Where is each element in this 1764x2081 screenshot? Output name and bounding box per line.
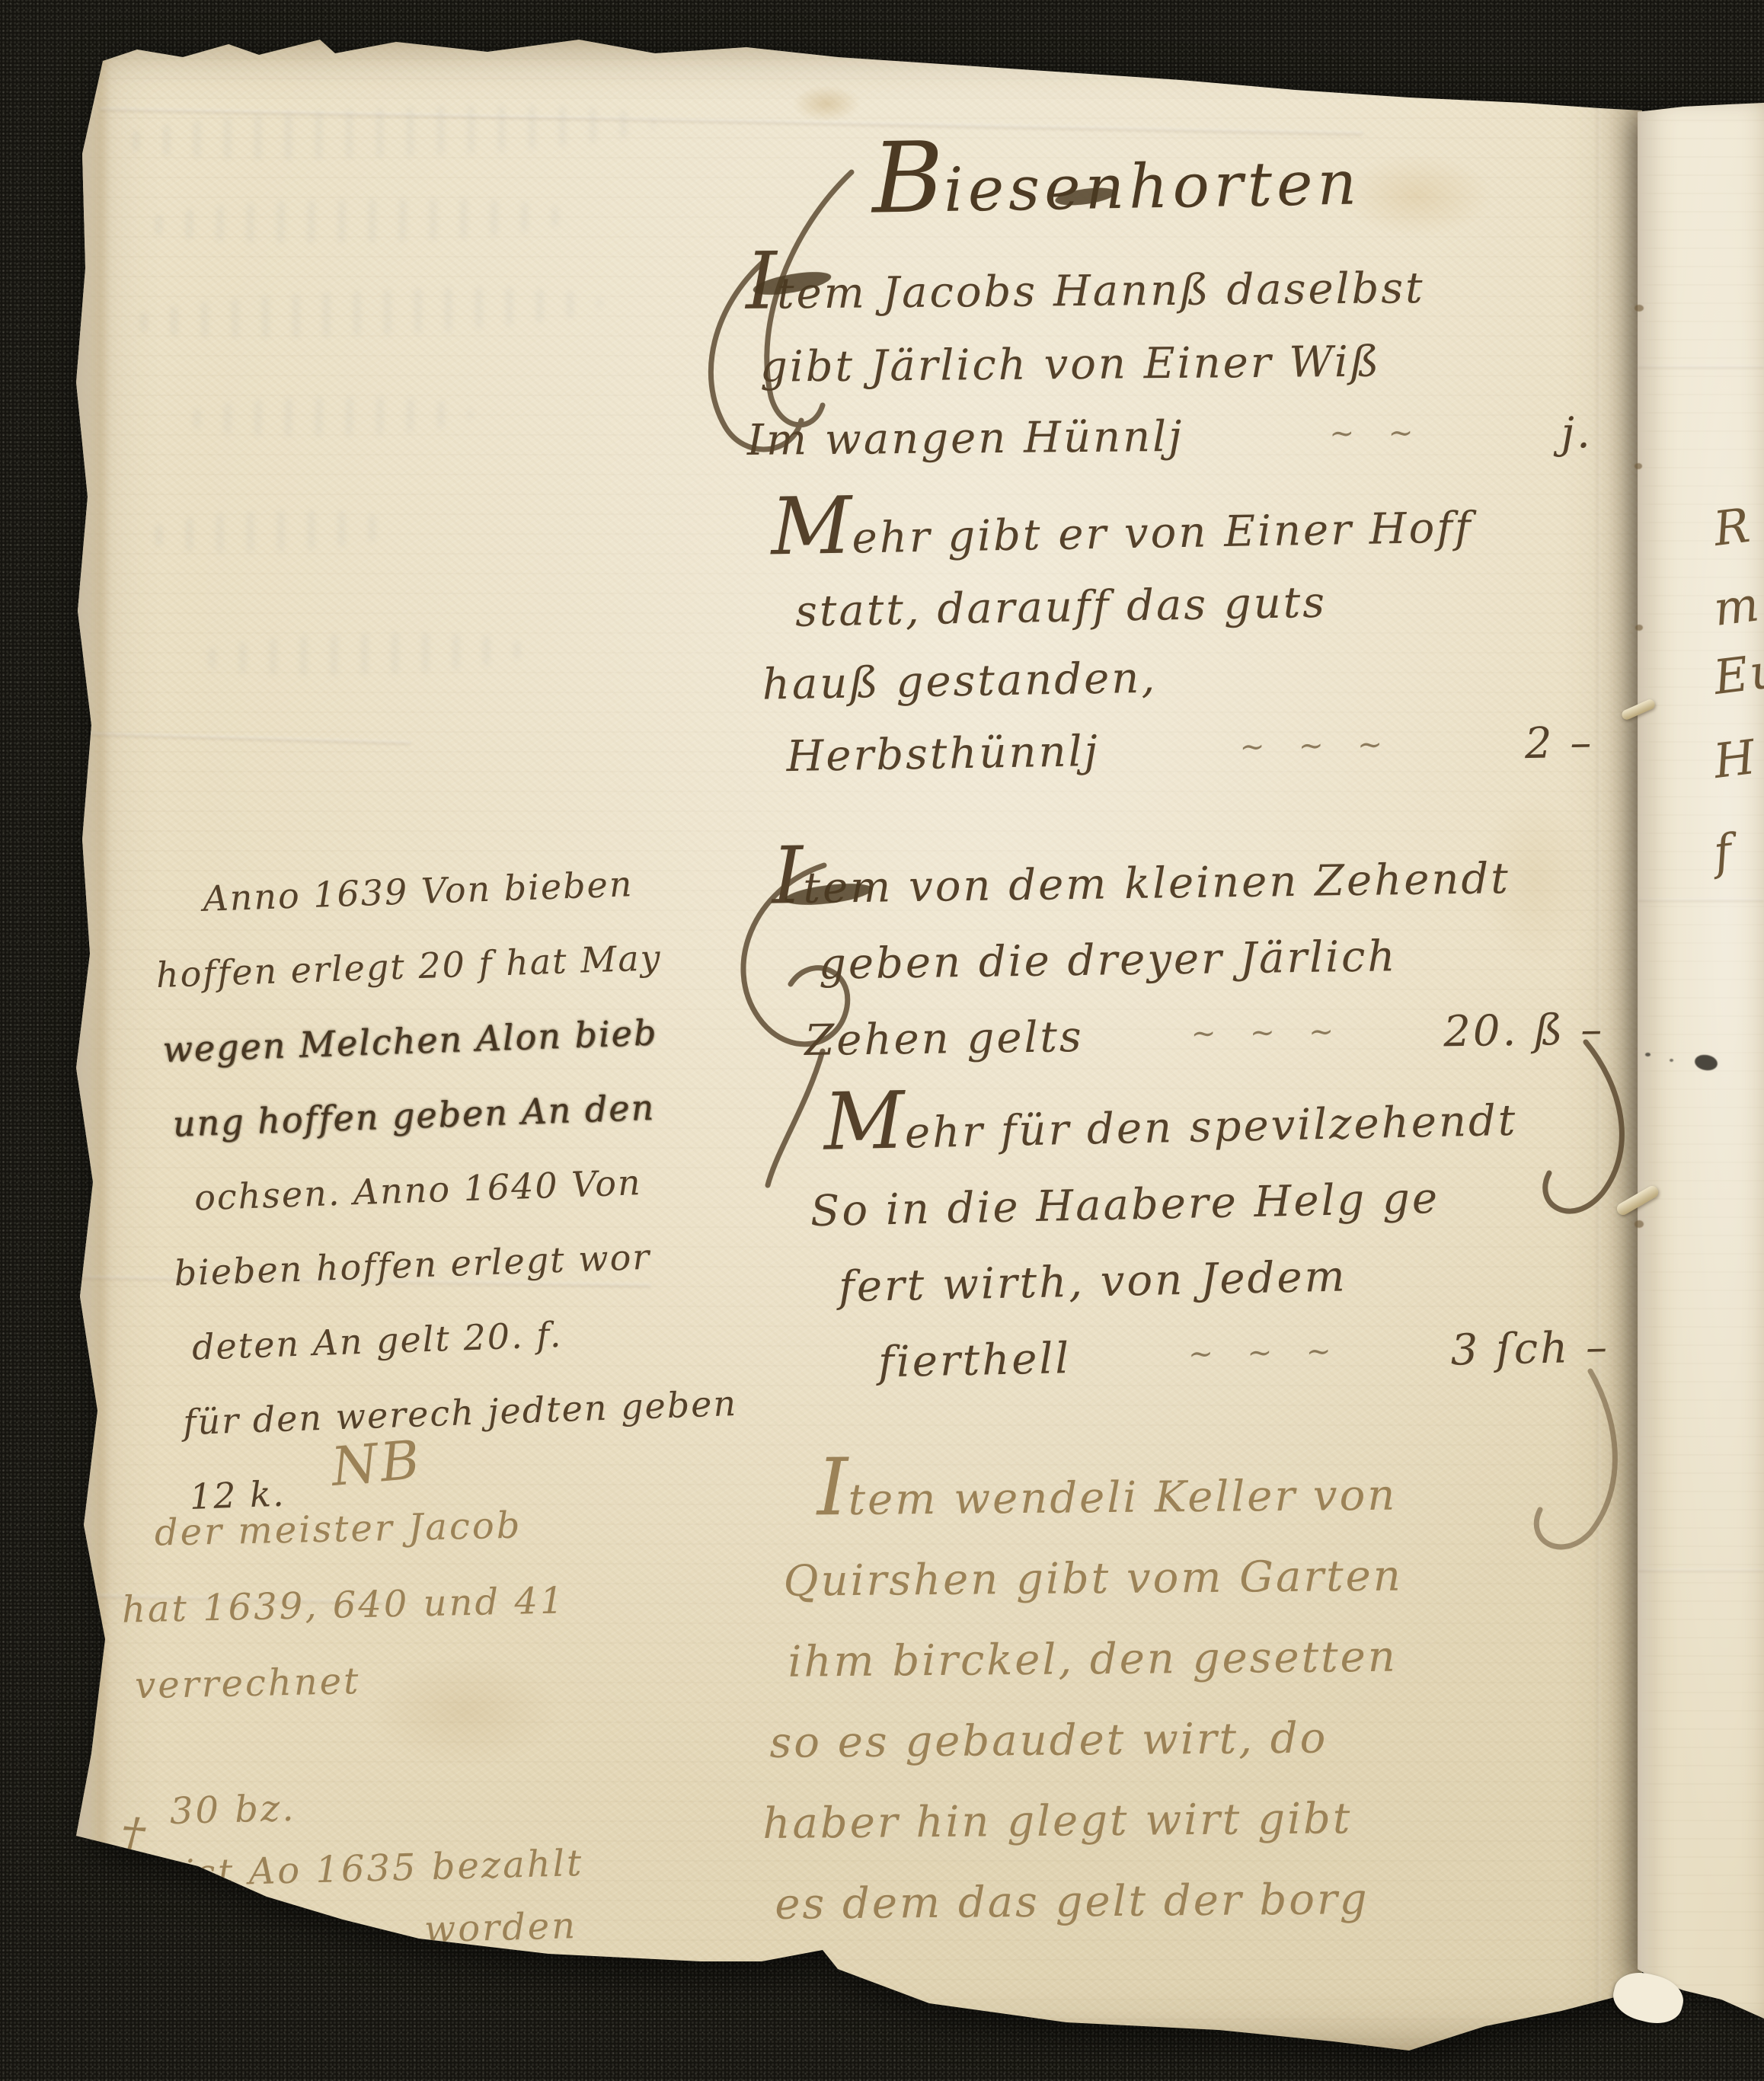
paper-crease [84, 732, 411, 745]
line-text: Herbsthünnlj [786, 715, 1101, 793]
ink-speck [1670, 1059, 1673, 1062]
line-text: Zehen gelts [804, 999, 1085, 1079]
stitch-hole [1635, 625, 1643, 631]
manuscript-line: ihm birckel, den gesetten [788, 1617, 1404, 1703]
manuscript-line: Im wangen Hünnlj ~ ~ j. [746, 397, 1593, 482]
manuscript-line: geben die dreyer Järlich [818, 916, 1603, 1002]
title-text: Biesenhorten [871, 142, 1362, 226]
margin-note-paid: 30 bz. ist Ao 1635 bezahlt worden [169, 1769, 586, 1968]
amount-value: 2 – [1524, 707, 1594, 781]
manuscript-line: Herbsthünnlj ~ ~ ~ 2 – [786, 707, 1595, 798]
parchment-leaf: Biesenhorten Item Jacobs Hannß daselbst … [76, 40, 1642, 2060]
line-text: fierthell [877, 1321, 1072, 1401]
margin-line: der meister Jacob [154, 1486, 564, 1571]
margin-line: 30 bz. [169, 1769, 583, 1843]
dot-leader: ~ ~ [1184, 396, 1561, 472]
manuscript-line: es dem das gelt der borg [775, 1859, 1406, 1945]
stain [1341, 154, 1493, 238]
scan-backdrop: Biesenhorten Item Jacobs Hannß daselbst … [0, 0, 1764, 2081]
manuscript-line: statt, darauff das guts [794, 562, 1591, 648]
dot-leader: ~ ~ ~ [1070, 1312, 1452, 1395]
ink-bleedthrough [144, 195, 571, 247]
ink-bleedthrough [144, 507, 397, 555]
manuscript-line: Mehr gibt er von Einer Hoff [771, 490, 1590, 577]
margin-note-meister: der meister Jacob hat 1639, 640 und 41 v… [154, 1486, 568, 1723]
line-text: Im wangen Hünnlj [746, 401, 1184, 478]
entry-4: Mehr für den spevilzehendt So in die Haa… [823, 1081, 1610, 1406]
stitch-hole [1635, 463, 1642, 469]
ink-bleedthrough [197, 629, 526, 679]
dot-leader: ~ ~ ~ [1099, 706, 1526, 786]
entry-3: Item von dem kleinen Zehendt geben die d… [772, 839, 1605, 1084]
manuscript-line: Item von dem kleinen Zehendt [772, 839, 1603, 927]
manuscript-line: gibt Järlich von Einer Wiß [760, 324, 1593, 404]
amount-value: 20. ß – [1443, 992, 1605, 1070]
stitch-hole [1635, 305, 1644, 312]
amount-value: 3 ſch – [1450, 1309, 1610, 1389]
ink-bleedthrough [183, 395, 473, 439]
manuscript-line: Quirshen gibt vom Garten [783, 1536, 1403, 1622]
margin-note-payments: Anno 1639 Von bieben hoffen erlegt 20 f … [152, 843, 741, 1534]
stain [792, 85, 861, 122]
entry-5: Item wendeli Keller von Quirshen gibt vo… [816, 1456, 1406, 1945]
ink-bleedthrough [129, 281, 602, 345]
margin-line: ist Ao 1635 bezahlt [182, 1832, 584, 1905]
torn-left-edge [76, 40, 111, 2060]
margin-line: hat 1639, 640 und 41 [121, 1562, 566, 1648]
manuscript-line: Item Jacobs Hannß daselbst [746, 251, 1592, 331]
margin-line: worden [423, 1894, 586, 1961]
manuscript-line: haber hin glegt wirt gibt [762, 1779, 1405, 1865]
ink-speck [1645, 1053, 1651, 1056]
margin-line: verrechnet [134, 1638, 567, 1724]
stitch-hole [1635, 1220, 1644, 1228]
dot-leader: ~ ~ ~ [1083, 993, 1444, 1074]
manuscript-line: Zehen gelts ~ ~ ~ 20. ß – [804, 992, 1605, 1084]
entry-2: Mehr gibt er von Einer Hoff statt, darau… [771, 490, 1595, 798]
manuscript-line: Item wendeli Keller von [816, 1456, 1402, 1542]
page-title: Biesenhorten [871, 142, 1362, 226]
cross-mark: † [118, 1808, 149, 1865]
manuscript-line: so es gebaudet wirt, do [769, 1698, 1404, 1784]
manuscript-page: Biesenhorten Item Jacobs Hannß daselbst … [76, 40, 1642, 2060]
manuscript-line: fierthell ~ ~ ~ 3 ſch – [877, 1309, 1610, 1405]
nota-bene-mark: NB [329, 1428, 424, 1498]
amount-value: j. [1561, 397, 1593, 470]
entry-1: Item Jacobs Hannß daselbst gibt Järlich … [746, 251, 1593, 482]
